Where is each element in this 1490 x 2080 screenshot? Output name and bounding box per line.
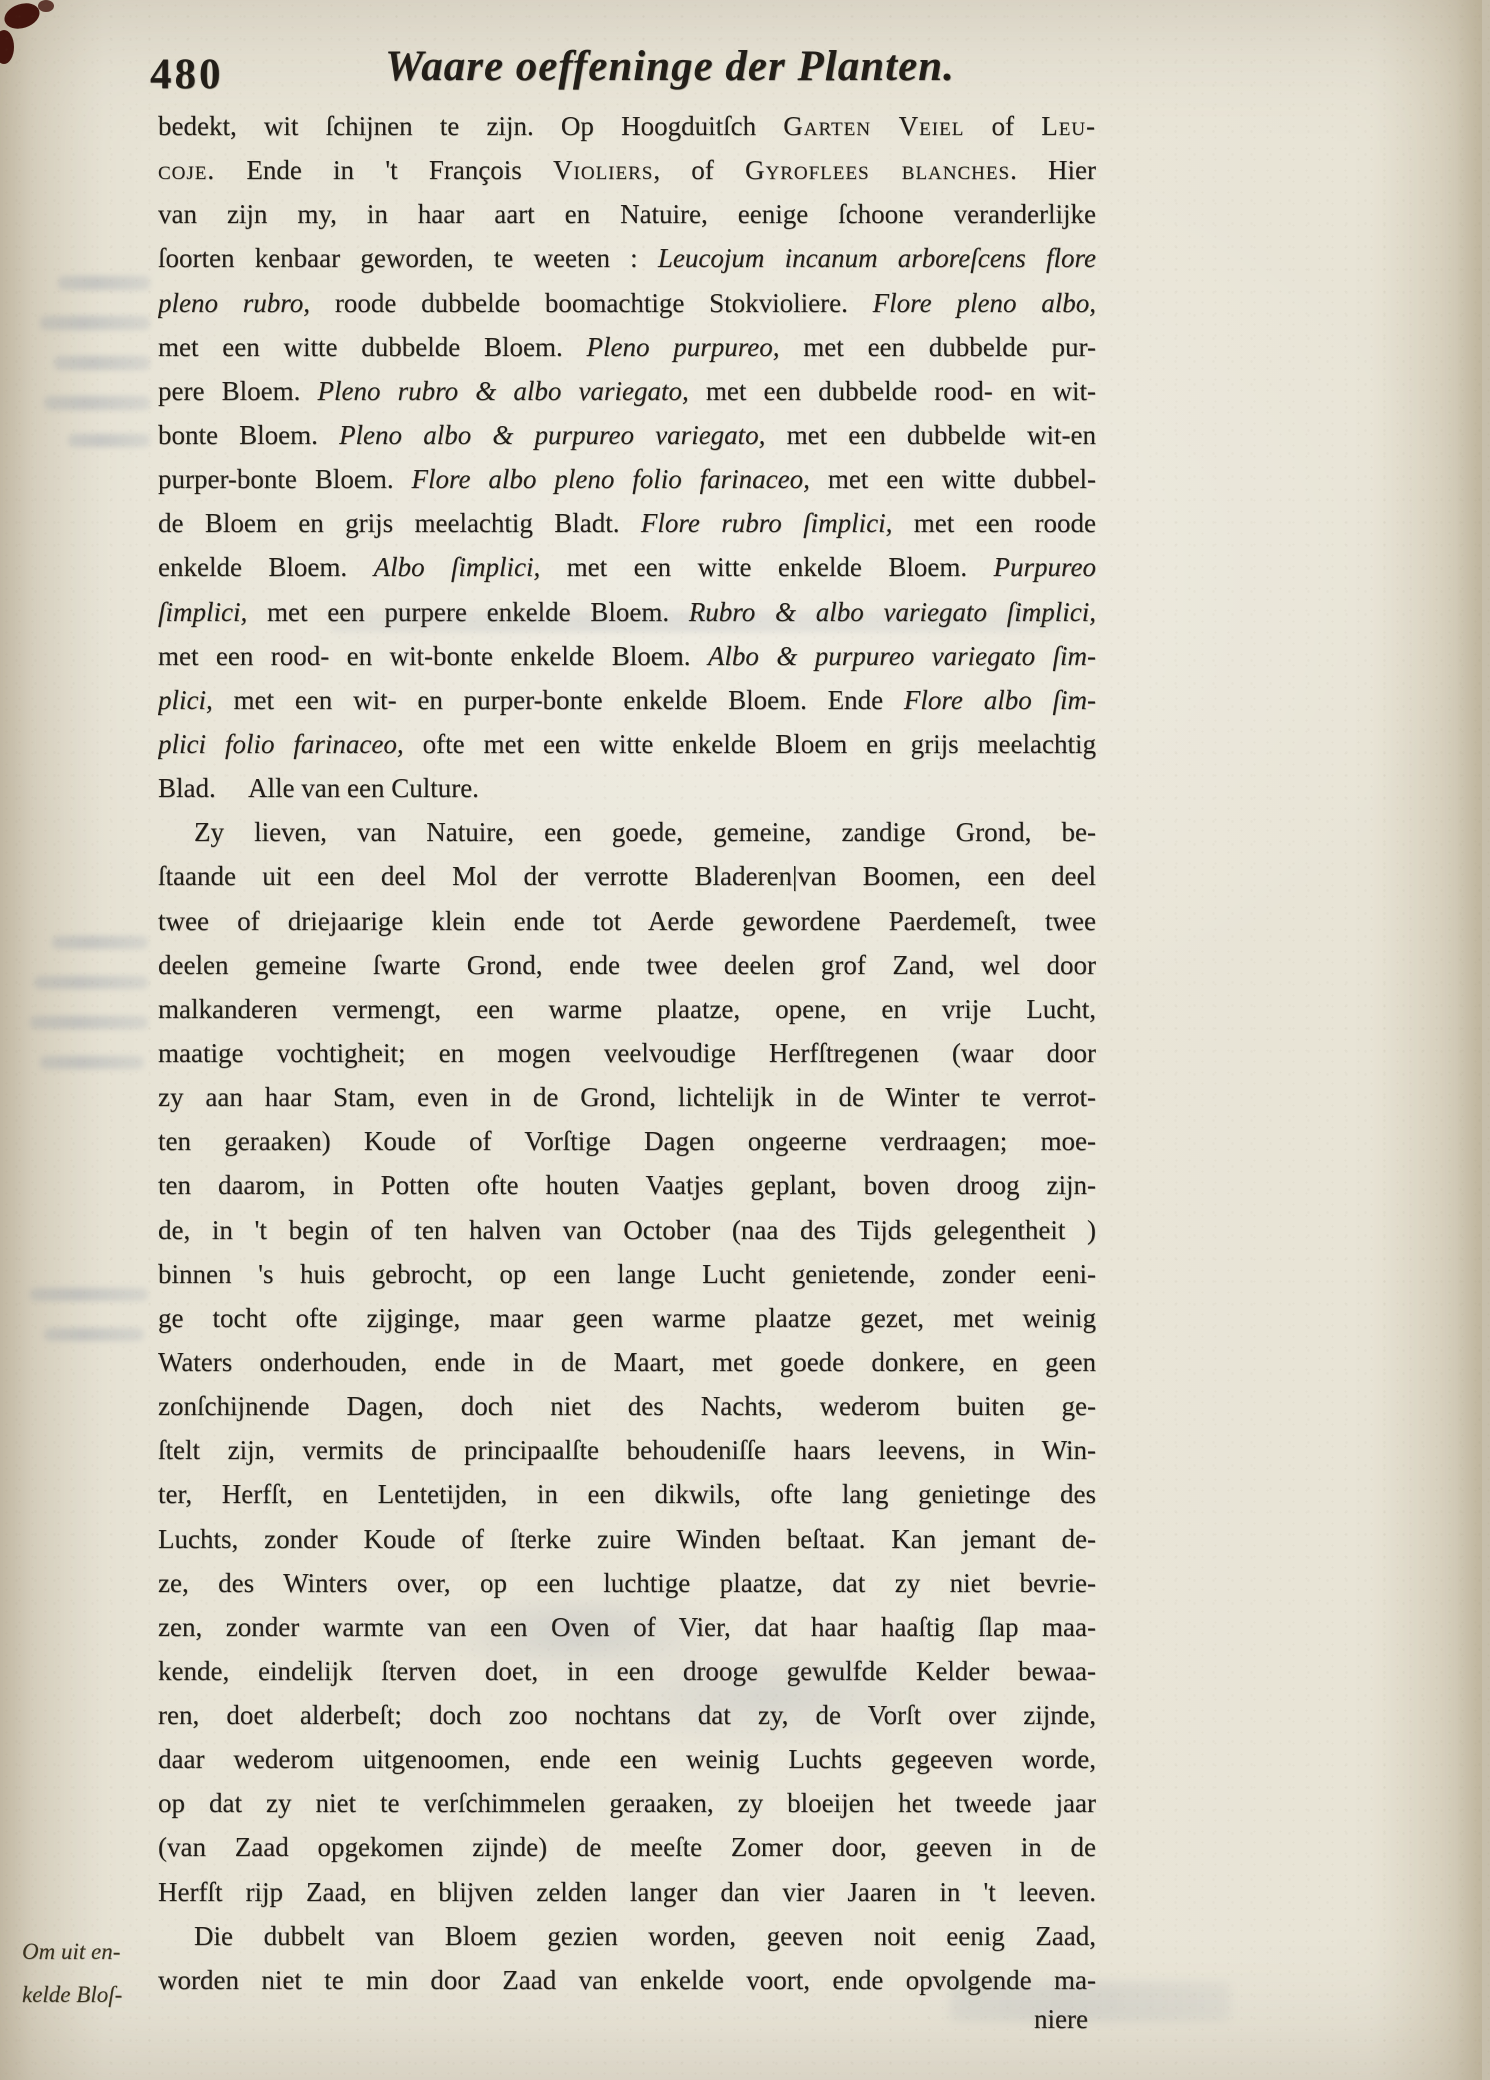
body-text-segment: ten daarom, in Potten ofte houten Vaatje… — [158, 1170, 1096, 1200]
text-line: kende, eindelijk ſterven doet, in een dr… — [158, 1649, 1096, 1693]
body-text-segment: ſtelt zijn, vermits de principaalſte beh… — [158, 1435, 1096, 1465]
latin-name-text: ſimplici, — [158, 597, 247, 627]
ink-stain — [1, 0, 43, 33]
latin-name-text: pleno rubro, — [158, 288, 310, 318]
text-line: op dat zy niet te verſchimmelen geraaken… — [158, 1781, 1096, 1825]
small-caps-text: Violiers — [553, 155, 653, 185]
text-line: de, in 't begin of ten halven van Octobe… — [158, 1208, 1096, 1252]
body-text-segment: worden niet te min door Zaad van enkelde… — [158, 1965, 1096, 1995]
text-line: Luchts, zonder Koude of ſterke zuire Win… — [158, 1517, 1096, 1561]
body-text-segment: de Bloem en grijs meelachtig Bladt. — [158, 508, 641, 538]
body-text-segment: Ende in 't François — [215, 155, 553, 185]
bleed-through-smudge — [40, 316, 150, 330]
catchword: niere — [158, 2004, 1088, 2035]
text-line: maatige vochtigheit; en mogen veelvoudig… — [158, 1031, 1096, 1075]
body-text-segment: Luchts, zonder Koude of ſterke zuire Win… — [158, 1524, 1096, 1554]
latin-name-text: Flore albo ſim- — [904, 685, 1096, 715]
body-text-segment: Zy lieven, van Natuire, een goede, gemei… — [194, 817, 1096, 847]
body-text-segment: met een purpere enkelde Bloem. — [247, 597, 689, 627]
bleed-through-smudge — [30, 1288, 148, 1301]
text-line: purper-bonte Bloem. Flore albo pleno fol… — [158, 457, 1096, 501]
body-text-segment: van zijn my, in haar aart en Natuire, ee… — [158, 199, 1096, 229]
page-number: 480 — [150, 50, 224, 99]
body-text-segment: met een dubbelde wit-en — [765, 420, 1096, 450]
text-line: ren, doet alderbeſt; doch zoo nochtans d… — [158, 1693, 1096, 1737]
text-line: Die dubbelt van Bloem gezien worden, gee… — [158, 1914, 1096, 1958]
small-caps-text: Gyroflees blanches — [745, 155, 1010, 185]
ink-stain — [38, 0, 54, 12]
text-line: plici, met een wit- en purper-bonte enke… — [158, 678, 1096, 722]
body-text-segment: , of — [653, 155, 745, 185]
latin-name-text: plici, — [158, 685, 213, 715]
body-text-segment: maatige vochtigheit; en mogen veelvoudig… — [158, 1038, 1096, 1068]
body-text-segment: met een witte dubbel- — [810, 464, 1096, 494]
text-line: pleno rubro, roode dubbelde boomachtige … — [158, 281, 1096, 325]
text-line: enkelde Bloem. Albo ſimplici, met een wi… — [158, 545, 1096, 589]
body-text-segment: met een witte enkelde Bloem. — [540, 552, 993, 582]
bleed-through-smudge — [44, 396, 150, 410]
body-text-segment: pere Bloem. — [158, 376, 317, 406]
margin-note-line: Om uit en- — [22, 1930, 164, 1973]
body-text-segment: enkelde Bloem. — [158, 552, 374, 582]
body-text-segment: malkanderen vermengt, een warme plaatze,… — [158, 994, 1096, 1024]
text-line: Zy lieven, van Natuire, een goede, gemei… — [158, 810, 1096, 854]
body-text-segment: (van Zaad opgekomen zijnde) de meeſte Zo… — [158, 1832, 1096, 1862]
body-text-segment: Waters onderhouden, ende in de Maart, me… — [158, 1347, 1096, 1377]
text-line: zen, zonder warmte van een Oven of Vier,… — [158, 1605, 1096, 1649]
body-text-segment: of — [964, 111, 1041, 141]
bleed-through-smudge — [44, 1328, 144, 1341]
bleed-through-smudge — [68, 434, 150, 447]
text-line: met een rood- en wit-bonte enkelde Bloem… — [158, 634, 1096, 678]
body-text-segment: bedekt, wit ſchijnen te zijn. Op Hoogdui… — [158, 111, 783, 141]
bleed-through-smudge — [54, 356, 150, 370]
body-text-segment: ofte met een witte enkelde Bloem en grij… — [404, 729, 1096, 759]
page-edge — [1482, 0, 1490, 2080]
margin-note: Om uit en- kelde Bloſ- — [22, 1930, 164, 2016]
latin-name-text: plici folio farinaceo, — [158, 729, 404, 759]
running-title: Waare oeffeninge der Planten. — [320, 42, 1020, 91]
text-line: zy aan haar Stam, even in de Grond, lich… — [158, 1075, 1096, 1119]
body-text-segment: daar wederom uitgenoomen, ende een weini… — [158, 1744, 1096, 1774]
body-text-segment: . Hier — [1010, 155, 1096, 185]
body-text-segment: roode dubbelde boomachtige Stokvioliere. — [310, 288, 873, 318]
text-line: ter, Herfſt, en Lentetijden, in een dikw… — [158, 1472, 1096, 1516]
small-caps-text: Leu- — [1041, 111, 1096, 141]
bleed-through-smudge — [40, 1056, 144, 1069]
ink-stain — [0, 30, 14, 64]
latin-name-text: Rubro & albo variegato ſimplici, — [689, 597, 1096, 627]
body-text-segment: binnen 's huis gebrocht, op een lange Lu… — [158, 1259, 1096, 1289]
text-line: ten daarom, in Potten ofte houten Vaatje… — [158, 1163, 1096, 1207]
body-text-segment: met een wit- en purper-bonte enkelde Blo… — [213, 685, 904, 715]
scanned-book-page: 480 Waare oeffeninge der Planten. bedekt… — [0, 0, 1490, 2080]
body-text-segment: ſoorten kenbaar geworden, te weeten : — [158, 243, 658, 273]
body-text-segment: kende, eindelijk ſterven doet, in een dr… — [158, 1656, 1096, 1686]
text-line: ſtaande uit een deel Mol der verrotte Bl… — [158, 854, 1096, 898]
text-line: Herfſt rijp Zaad, en blijven zelden lang… — [158, 1870, 1096, 1914]
body-text-segment: met een dubbelde pur- — [780, 332, 1096, 362]
bleed-through-smudge — [52, 936, 148, 949]
body-text-segment: ter, Herfſt, en Lentetijden, in een dikw… — [158, 1479, 1096, 1509]
body-text-segment: met een dubbelde rood- en wit- — [689, 376, 1096, 406]
latin-name-text: Flore pleno albo, — [873, 288, 1096, 318]
body-text-segment: deelen gemeine ſwarte Grond, ende twee d… — [158, 950, 1096, 980]
body-text-segment: Die dubbelt van Bloem gezien worden, gee… — [194, 1921, 1096, 1951]
body-text-segment: ze, des Winters over, op een luchtige pl… — [158, 1568, 1096, 1598]
body-text-segment: op dat zy niet te verſchimmelen geraaken… — [158, 1788, 1096, 1818]
text-line: binnen 's huis gebrocht, op een lange Lu… — [158, 1252, 1096, 1296]
text-line: twee of driejaarige klein ende tot Aerde… — [158, 899, 1096, 943]
text-line: Waters onderhouden, ende in de Maart, me… — [158, 1340, 1096, 1384]
body-text-segment: ge tocht ofte zijginge, maar geen warme … — [158, 1303, 1096, 1333]
body-text-segment: zonſchijnende Dagen, doch niet des Nacht… — [158, 1391, 1096, 1421]
body-text-segment: zy aan haar Stam, even in de Grond, lich… — [158, 1082, 1096, 1112]
body-text-segment: met een rood- en wit-bonte enkelde Bloem… — [158, 641, 708, 671]
latin-name-text: Albo ſimplici, — [374, 552, 541, 582]
latin-name-text: Purpureo — [994, 552, 1096, 582]
bleed-through-smudge — [58, 276, 150, 290]
text-line: ze, des Winters over, op een luchtige pl… — [158, 1561, 1096, 1605]
body-text-segment: Blad. Alle van een Culture. — [158, 773, 479, 803]
body-text-segment: de, in 't begin of ten halven van Octobe… — [158, 1215, 1096, 1245]
body-text-segment: met een witte dubbelde Bloem. — [158, 332, 587, 362]
text-line: pere Bloem. Pleno rubro & albo variegato… — [158, 369, 1096, 413]
text-line: zonſchijnende Dagen, doch niet des Nacht… — [158, 1384, 1096, 1428]
bleed-through-smudge — [30, 1016, 148, 1029]
body-text: bedekt, wit ſchijnen te zijn. Op Hoogdui… — [158, 104, 1096, 2002]
text-line: deelen gemeine ſwarte Grond, ende twee d… — [158, 943, 1096, 987]
text-line: ſimplici, met een purpere enkelde Bloem.… — [158, 590, 1096, 634]
text-line: ſtelt zijn, vermits de principaalſte beh… — [158, 1428, 1096, 1472]
latin-name-text: Pleno rubro & albo variegato, — [317, 376, 688, 406]
body-text-segment: twee of driejaarige klein ende tot Aerde… — [158, 906, 1096, 936]
latin-name-text: Flore albo pleno folio farinaceo, — [412, 464, 810, 494]
text-line: daar wederom uitgenoomen, ende een weini… — [158, 1737, 1096, 1781]
body-text-segment: ten geraaken) Koude of Vorſtige Dagen on… — [158, 1126, 1096, 1156]
text-line: worden niet te min door Zaad van enkelde… — [158, 1958, 1096, 2002]
text-line: met een witte dubbelde Bloem. Pleno purp… — [158, 325, 1096, 369]
text-line: bonte Bloem. Pleno albo & purpureo varie… — [158, 413, 1096, 457]
text-line: bedekt, wit ſchijnen te zijn. Op Hoogdui… — [158, 104, 1096, 148]
text-line: plici folio farinaceo, ofte met een witt… — [158, 722, 1096, 766]
text-line: ſoorten kenbaar geworden, te weeten : Le… — [158, 236, 1096, 280]
text-line: ten geraaken) Koude of Vorſtige Dagen on… — [158, 1119, 1096, 1163]
page-edge — [1456, 0, 1482, 2080]
body-text-segment: zen, zonder warmte van een Oven of Vier,… — [158, 1612, 1096, 1642]
latin-name-text: Leucojum incanum arboreſcens flore — [658, 243, 1096, 273]
body-text-segment: purper-bonte Bloem. — [158, 464, 412, 494]
latin-name-text: Pleno purpureo, — [587, 332, 780, 362]
text-line: ge tocht ofte zijginge, maar geen warme … — [158, 1296, 1096, 1340]
body-text-segment: bonte Bloem. — [158, 420, 339, 450]
text-line: van zijn my, in haar aart en Natuire, ee… — [158, 192, 1096, 236]
small-caps-text: Garten Veiel — [783, 111, 964, 141]
bleed-through-smudge — [34, 976, 148, 989]
text-line: Blad. Alle van een Culture. — [158, 766, 1096, 810]
latin-name-text: Albo & purpureo variegato ſim- — [708, 641, 1096, 671]
body-text-segment: Herfſt rijp Zaad, en blijven zelden lang… — [158, 1877, 1096, 1907]
margin-note-line: kelde Bloſ- — [22, 1973, 164, 2016]
body-text-segment: met een roode — [892, 508, 1096, 538]
text-line: (van Zaad opgekomen zijnde) de meeſte Zo… — [158, 1825, 1096, 1869]
body-text-segment: ren, doet alderbeſt; doch zoo nochtans d… — [158, 1700, 1096, 1730]
latin-name-text: Flore rubro ſimplici, — [641, 508, 893, 538]
small-caps-text: coje. — [158, 155, 215, 185]
body-text-segment: ſtaande uit een deel Mol der verrotte Bl… — [158, 861, 1096, 891]
text-line: malkanderen vermengt, een warme plaatze,… — [158, 987, 1096, 1031]
text-line: coje. Ende in 't François Violiers, of G… — [158, 148, 1096, 192]
text-line: de Bloem en grijs meelachtig Bladt. Flor… — [158, 501, 1096, 545]
latin-name-text: Pleno albo & purpureo variegato, — [339, 420, 765, 450]
